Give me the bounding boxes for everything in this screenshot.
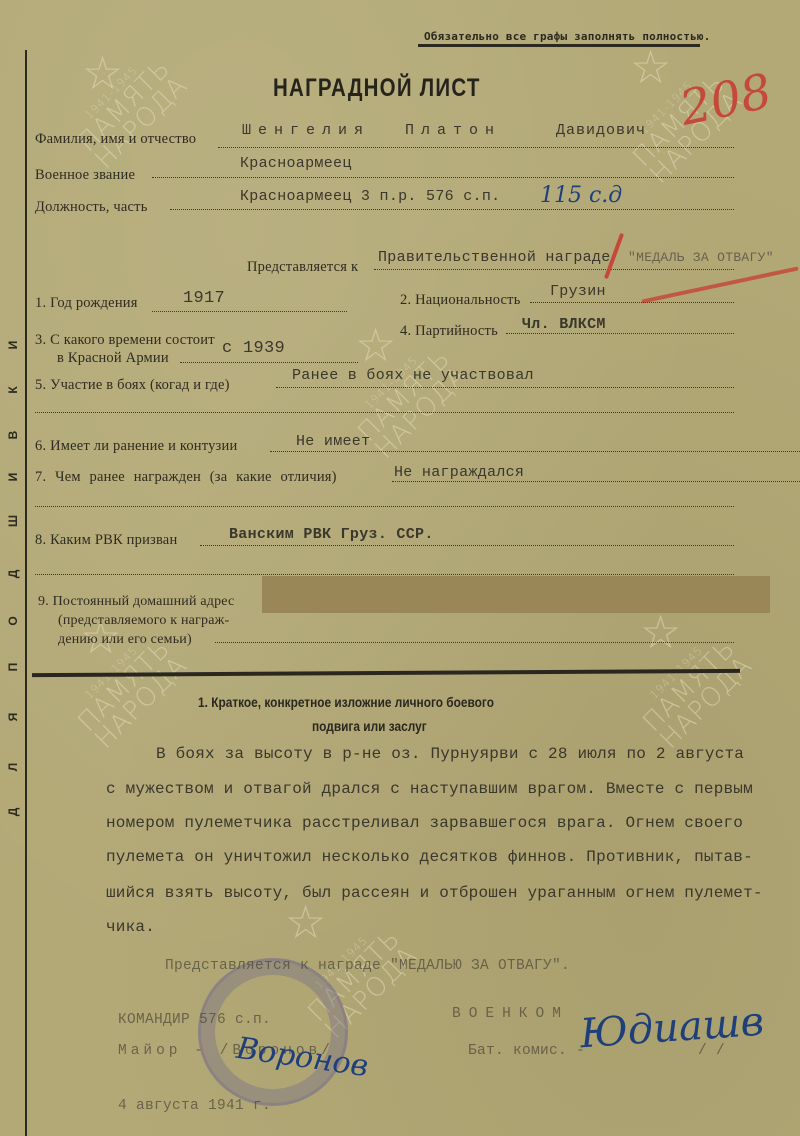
army-since-label: 3. С какого времени состоит [35, 332, 215, 349]
side-letter: О [6, 612, 20, 630]
battles-line-2 [35, 412, 734, 413]
award-line [374, 269, 734, 270]
patronymic-value: Давидович [556, 122, 646, 139]
commissar-signature: Юдиашв [579, 999, 766, 1058]
side-letter: Л [6, 758, 20, 776]
surname-value: Шенгелия [242, 122, 370, 139]
army-since-line [180, 362, 358, 363]
side-letter: И [6, 336, 20, 354]
wounds-label: 6. Имеет ли ранение и контузии [35, 438, 237, 455]
battles-label: 5. Участие в боях (когад и где) [35, 377, 230, 394]
section-separator [32, 669, 740, 677]
recommendation-line: Представляется к награде "МЕДАЛЬЮ ЗА ОТВ… [165, 958, 570, 974]
side-letter: В [6, 426, 20, 444]
rank-label: Военное звание [35, 167, 135, 184]
rvk-label: 8. Каким РВК призван [35, 532, 177, 549]
address-label-cont-2: дению или его семьи) [58, 632, 192, 648]
first-name-value: Платон [405, 122, 501, 139]
address-redaction-block [262, 576, 770, 613]
prior-awards-value: Не награждался [394, 464, 524, 481]
party-value: Чл. ВЛКСМ [522, 316, 606, 333]
archive-number-handwritten: 208 [675, 63, 776, 137]
narrative-heading: 1. Краткое, конкретное изложние личного … [198, 695, 494, 710]
watermark-star-icon: ☆ [285, 895, 326, 949]
narrative-line: шийся взять высоту, был рассеян и отброш… [106, 884, 763, 902]
narrative-line: В боях за высоту в р-не оз. Пурнуярви с … [156, 745, 744, 763]
narrative-heading-cont: подвига или заслуг [312, 719, 427, 734]
top-note-underline [418, 44, 700, 47]
army-since-label-cont: в Красной Армии [57, 350, 169, 367]
watermark-star-icon: ☆ [82, 46, 123, 100]
watermark-star-icon: ☆ [630, 40, 671, 94]
rvk-value: Ванским РВК Груз. ССР. [229, 526, 434, 543]
address-line [215, 642, 734, 643]
birth-year-line [152, 311, 347, 312]
watermark: 1941-1945 ПАМЯТЬ НАРОДА [631, 627, 757, 753]
award-value: Правительственной награде [378, 249, 611, 266]
nationality-line [530, 302, 734, 303]
page-title: НАГРАДНОЙ ЛИСТ [273, 74, 481, 103]
side-letter: Д [6, 803, 20, 821]
address-label-cont: (представляемого к награж- [58, 613, 229, 629]
party-line [506, 333, 734, 334]
side-letter: Ш [6, 512, 20, 530]
birth-year-label: 1. Год рождения [35, 295, 138, 312]
wounds-line [270, 451, 800, 452]
full-name-label: Фамилия, имя и отчество [35, 131, 196, 148]
side-letter: Я [6, 708, 20, 726]
rank-value: Красноармеец [240, 155, 352, 172]
birth-year-value: 1917 [183, 289, 225, 308]
rvk-line [200, 545, 734, 546]
red-pencil-stroke [641, 266, 798, 303]
wounds-value: Не имеет [296, 433, 370, 450]
position-line [170, 209, 734, 210]
side-letter: К [6, 381, 20, 399]
army-since-value: с 1939 [222, 339, 285, 358]
commander-title: КОМАНДИР 576 с.п. [118, 1012, 271, 1028]
binding-margin-line [25, 50, 27, 1136]
award-sheet-document: ☆ 1941-1945 ПАМЯТЬ НАРОДА ☆ 1941-1945 ПА… [0, 0, 800, 1136]
division-handwritten: 115 с.д [540, 183, 622, 208]
full-name-line [218, 147, 734, 148]
nationality-value: Грузин [550, 283, 606, 300]
unit-seal-stamp [198, 958, 348, 1106]
award-label: Представляется к [247, 259, 358, 276]
side-letter: И [6, 468, 20, 486]
top-instruction-note: Обязательно все графы заполнять полность… [424, 30, 711, 43]
battles-line [276, 387, 734, 388]
side-letter: Д [6, 565, 20, 583]
narrative-line: с мужеством и отвагой дрался с наступавш… [106, 780, 753, 798]
side-letter: П [6, 658, 20, 676]
watermark: 1941-1945 ПАМЯТЬ НАРОДА [66, 47, 192, 173]
watermark-star-icon: ☆ [355, 318, 396, 372]
rvk-line-2 [35, 574, 734, 575]
position-value: Красноармеец 3 п.р. 576 с.п. [240, 188, 500, 205]
watermark-star-icon: ☆ [640, 605, 681, 659]
prior-awards-line [392, 481, 800, 482]
prior-awards-label: 7. Чем ранее награжден (за какие отличия… [35, 469, 337, 486]
commissar-rank: Бат. комис. - [468, 1043, 585, 1059]
prior-awards-line-2 [35, 506, 734, 507]
narrative-line: номером пулеметчика расстреливал зарвавш… [106, 814, 743, 832]
nationality-label: 2. Национальность [400, 292, 521, 309]
address-label: 9. Постоянный домашний адрес [38, 594, 234, 610]
document-date: 4 августа 1941 г. [118, 1098, 271, 1114]
rank-line [152, 177, 734, 178]
narrative-line: пулемета он уничтожил несколько десятков… [106, 848, 753, 866]
battles-value: Ранее в боях не участвовал [292, 367, 534, 384]
award-name: "МЕДАЛЬ ЗА ОТВАГУ" [628, 250, 774, 265]
commissar-title: ВОЕНКОМ [452, 1006, 569, 1022]
position-label: Должность, часть [35, 199, 148, 216]
narrative-line: чика. [106, 918, 155, 936]
party-label: 4. Партийность [400, 323, 498, 340]
